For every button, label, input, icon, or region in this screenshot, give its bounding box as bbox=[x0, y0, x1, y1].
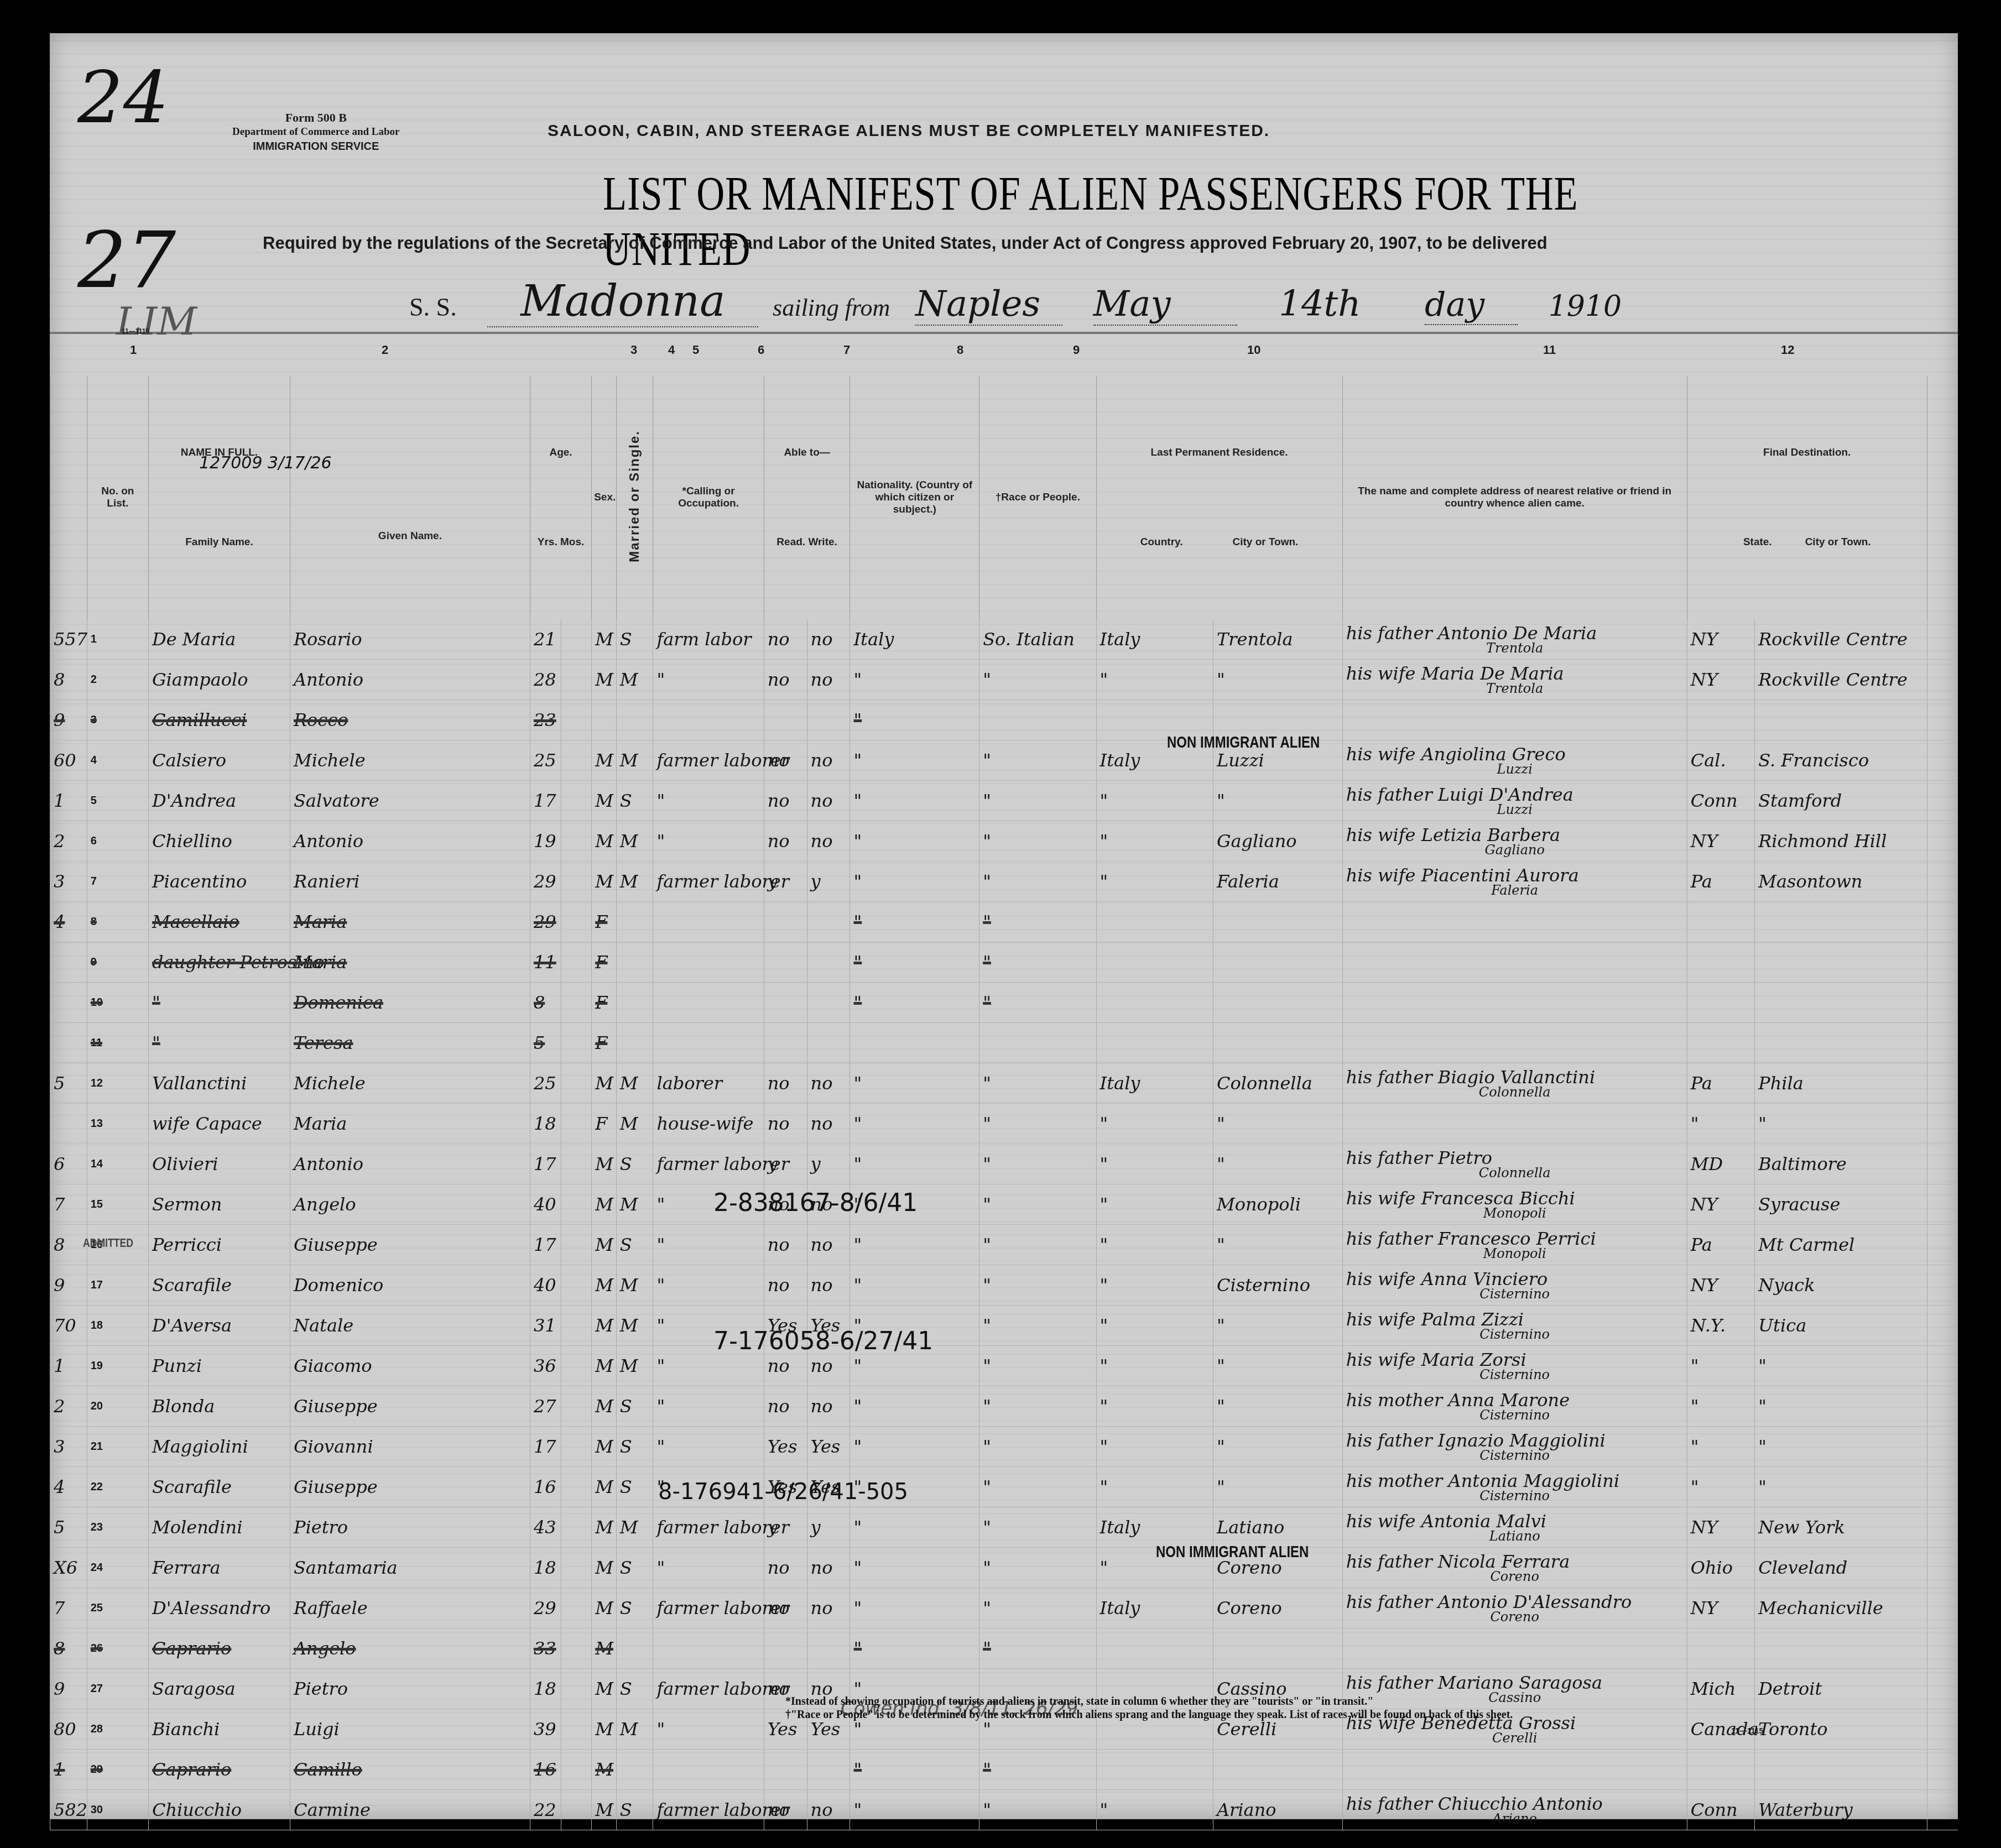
can-write: y bbox=[807, 862, 850, 902]
header-relative: The name and complete address of nearest… bbox=[1342, 376, 1687, 619]
nearest-relative: his father PietroColonnella bbox=[1342, 1144, 1687, 1184]
race: " bbox=[979, 1144, 1096, 1184]
margin-count: 5 bbox=[50, 1507, 87, 1548]
race: " bbox=[979, 1346, 1096, 1386]
marital-status bbox=[616, 1628, 653, 1669]
sex: M bbox=[592, 1548, 617, 1588]
line-number-value: 6 bbox=[91, 835, 97, 847]
margin-count bbox=[50, 983, 87, 1023]
family-name: Bianchi bbox=[149, 1709, 290, 1750]
destination-city: Masontown bbox=[1755, 862, 1927, 902]
race: " bbox=[979, 1184, 1096, 1225]
destination-city-value: " bbox=[1758, 1355, 1766, 1376]
line-number: 2 bbox=[87, 660, 148, 700]
sex-value: M bbox=[595, 1719, 613, 1740]
marital-status bbox=[616, 902, 653, 942]
destination-state: Mich bbox=[1687, 1669, 1754, 1709]
marital-status-value: M bbox=[620, 1719, 638, 1740]
occupation: farmer laborer bbox=[653, 1588, 764, 1628]
age-years: 18 bbox=[530, 1548, 561, 1588]
destination-city: Rockville Centre bbox=[1755, 660, 1927, 700]
table-row: 604CalsieroMichele25MMfarmer laborernono… bbox=[50, 740, 1958, 781]
residence-town: " bbox=[1213, 1346, 1342, 1386]
sex-value: M bbox=[595, 1598, 613, 1619]
age-years-value: 21 bbox=[534, 629, 556, 650]
column-number: 5 bbox=[692, 343, 699, 357]
can-write-value: no bbox=[811, 790, 833, 811]
destination-city: New York bbox=[1755, 1507, 1927, 1548]
given-name-value: Natale bbox=[294, 1315, 353, 1336]
can-write bbox=[807, 700, 850, 740]
residence-country: Italy bbox=[1096, 1588, 1213, 1628]
margin-count: 1 bbox=[50, 1750, 87, 1790]
occupation: house-wife bbox=[653, 1104, 764, 1144]
line-number: 27 bbox=[87, 1669, 148, 1709]
record-annotation: 8-176941-6/26/41-505 bbox=[658, 1479, 908, 1505]
destination-city: Richmond Hill bbox=[1755, 821, 1927, 862]
nearest-relative: his father Ignazio MaggioliniCisternino bbox=[1342, 1427, 1687, 1467]
given-name-value: Michele bbox=[294, 750, 366, 771]
destination-state: NY bbox=[1687, 1265, 1754, 1306]
family-name: Ferrara bbox=[149, 1548, 290, 1588]
margin-count-value: 1 bbox=[54, 1355, 65, 1376]
occupation: farmer laborer bbox=[653, 1669, 764, 1709]
age-months bbox=[561, 902, 592, 942]
table-row: 614OlivieriAntonio17MSfarmer laboreryy""… bbox=[50, 1144, 1958, 1184]
line-number-value: 9 bbox=[91, 956, 97, 968]
can-write: y bbox=[807, 1507, 850, 1548]
can-read-value: no bbox=[768, 1073, 790, 1094]
can-read-value: no bbox=[768, 1275, 790, 1296]
header-able-to-label: Able to— bbox=[767, 447, 848, 459]
margin-count-value: 4 bbox=[54, 911, 65, 932]
destination-city-value: " bbox=[1758, 1113, 1766, 1134]
age-years: 22 bbox=[530, 1790, 561, 1830]
header-married-single-label: Married or Single. bbox=[627, 430, 643, 562]
age-months bbox=[561, 1184, 592, 1225]
margin-count: 557 bbox=[50, 619, 87, 660]
occupation bbox=[653, 1023, 764, 1063]
nearest-relative-value: his father Pietro bbox=[1346, 1147, 1492, 1168]
nearest-relative-value: his father Luigi D'Andrea bbox=[1346, 784, 1573, 805]
given-name: Giacomo bbox=[290, 1346, 530, 1386]
can-read-value: no bbox=[768, 1557, 790, 1578]
race: So. Italian bbox=[979, 619, 1096, 660]
can-read-value: no bbox=[768, 1396, 790, 1417]
age-years-value: 31 bbox=[534, 1315, 556, 1336]
residence-town-value: Gagliano bbox=[1217, 831, 1297, 852]
nationality: " bbox=[850, 1628, 979, 1669]
line-number: 12 bbox=[87, 1063, 148, 1104]
residence-town-value: Colonnella bbox=[1217, 1073, 1312, 1094]
race: " bbox=[979, 1750, 1096, 1790]
line-number-value: 14 bbox=[91, 1158, 103, 1170]
blank bbox=[1927, 983, 1958, 1023]
age-months bbox=[561, 1507, 592, 1548]
header-calling: *Calling or Occupation. bbox=[653, 376, 764, 619]
family-name: Olivieri bbox=[149, 1144, 290, 1184]
destination-city bbox=[1755, 700, 1927, 740]
nationality: " bbox=[850, 660, 979, 700]
family-name: " bbox=[149, 1023, 290, 1063]
given-name-value: Maria bbox=[294, 911, 347, 932]
sex: M bbox=[592, 740, 617, 781]
given-name: Antonio bbox=[290, 660, 530, 700]
margin-count-value: 1 bbox=[54, 1759, 65, 1780]
residence-town: " bbox=[1213, 1427, 1342, 1467]
age-years-value: 28 bbox=[534, 669, 556, 690]
margin-count-value: 3 bbox=[54, 871, 65, 892]
sex-value: M bbox=[595, 750, 613, 771]
can-write-value: no bbox=[811, 831, 833, 852]
given-name-value: Antonio bbox=[294, 831, 363, 852]
blank bbox=[1927, 1548, 1958, 1588]
nationality: " bbox=[850, 1104, 979, 1144]
occupation-value: " bbox=[656, 1234, 665, 1255]
age-years: 16 bbox=[530, 1750, 561, 1790]
nearest-relative: his father Antonio De MariaTrentola bbox=[1342, 619, 1687, 660]
header-family-name: NAME IN FULL.Family Name. bbox=[149, 376, 290, 619]
occupation-value: " bbox=[656, 1355, 665, 1376]
marital-status: S bbox=[616, 1669, 653, 1709]
race-value: " bbox=[983, 1557, 991, 1578]
can-write bbox=[807, 942, 850, 983]
can-write: no bbox=[807, 821, 850, 862]
nationality: " bbox=[850, 1225, 979, 1265]
line-number: 6 bbox=[87, 821, 148, 862]
can-write bbox=[807, 1750, 850, 1790]
age-months bbox=[561, 1144, 592, 1184]
residence-town-value: " bbox=[1217, 1436, 1225, 1457]
can-write-value: no bbox=[811, 1799, 833, 1820]
race-value: " bbox=[983, 952, 991, 973]
given-name: Giuseppe bbox=[290, 1467, 530, 1507]
occupation: " bbox=[653, 821, 764, 862]
occupation: " bbox=[653, 1709, 764, 1750]
age-years-value: 23 bbox=[534, 709, 556, 730]
margin-count-value: 60 bbox=[54, 750, 76, 771]
sex: M bbox=[592, 1184, 617, 1225]
can-read bbox=[764, 1750, 807, 1790]
line-number: 1 bbox=[87, 619, 148, 660]
occupation-value: " bbox=[656, 1275, 665, 1296]
destination-state-value: Pa bbox=[1691, 1234, 1712, 1255]
nationality-value: " bbox=[853, 1719, 862, 1740]
margin-count: 2 bbox=[50, 821, 87, 862]
age-years-value: 29 bbox=[534, 911, 556, 932]
marital-status: S bbox=[616, 1427, 653, 1467]
can-read-value: no bbox=[768, 831, 790, 852]
page-number-lower: 27 bbox=[77, 216, 176, 306]
line-number: 7 bbox=[87, 862, 148, 902]
line-number-value: 28 bbox=[91, 1723, 103, 1735]
age-years: 25 bbox=[530, 1063, 561, 1104]
residence-country-value: " bbox=[1100, 871, 1108, 892]
blank bbox=[1927, 1265, 1958, 1306]
nearest-relative: his wife Maria De MariaTrentola bbox=[1342, 660, 1687, 700]
age-years: 29 bbox=[530, 862, 561, 902]
age-years: 25 bbox=[530, 740, 561, 781]
blank bbox=[1927, 902, 1958, 942]
residence-town: " bbox=[1213, 1144, 1342, 1184]
race: " bbox=[979, 862, 1096, 902]
nearest-relative bbox=[1342, 983, 1687, 1023]
can-write: no bbox=[807, 1104, 850, 1144]
can-read-value: no bbox=[768, 1113, 790, 1134]
age-years: 43 bbox=[530, 1507, 561, 1548]
destination-city-value: Toronto bbox=[1758, 1719, 1827, 1740]
passenger-rows: 5571De MariaRosario21MSfarm labornonoIta… bbox=[50, 619, 1958, 1830]
sex: M bbox=[592, 1386, 617, 1427]
can-write-value: no bbox=[811, 669, 833, 690]
residence-country: " bbox=[1096, 1467, 1213, 1507]
age-months bbox=[561, 821, 592, 862]
destination-state-value: " bbox=[1691, 1436, 1699, 1457]
can-read: no bbox=[764, 1225, 807, 1265]
destination-city-value: Syracuse bbox=[1758, 1194, 1840, 1215]
age-months bbox=[561, 1265, 592, 1306]
nationality: " bbox=[850, 821, 979, 862]
age-years: 23 bbox=[530, 700, 561, 740]
nearest-relative: his wife Angiolina GrecoLuzzi bbox=[1342, 740, 1687, 781]
family-name-value: Perricci bbox=[152, 1234, 222, 1255]
nearest-relative: his mother Anna MaroneCisternino bbox=[1342, 1386, 1687, 1427]
age-years: 17 bbox=[530, 1144, 561, 1184]
line-number: 11 bbox=[87, 1023, 148, 1063]
age-years-value: 16 bbox=[534, 1476, 556, 1497]
form-id-block: Form 500 B Department of Commerce and La… bbox=[232, 111, 400, 154]
given-name-value: Angelo bbox=[294, 1638, 356, 1659]
age-years: 29 bbox=[530, 902, 561, 942]
race: " bbox=[979, 1507, 1096, 1548]
destination-city bbox=[1755, 942, 1927, 983]
footnotes: *Instead of showing occupation of touris… bbox=[785, 1695, 1513, 1721]
page-number-top: 24 bbox=[77, 55, 169, 139]
given-name-value: Maria bbox=[294, 1113, 347, 1134]
can-read: no bbox=[764, 1063, 807, 1104]
marital-status bbox=[616, 700, 653, 740]
line-number: 17 bbox=[87, 1265, 148, 1306]
race-value: " bbox=[983, 1638, 991, 1659]
header-no-on-list: No. on List. bbox=[87, 376, 148, 619]
given-name: Teresa bbox=[290, 1023, 530, 1063]
residence-town-value: " bbox=[1217, 1355, 1225, 1376]
nationality-value: " bbox=[853, 1073, 862, 1094]
given-name-value: Teresa bbox=[294, 1032, 353, 1053]
race: " bbox=[979, 740, 1096, 781]
blank bbox=[1927, 942, 1958, 983]
occupation-value: " bbox=[656, 1436, 665, 1457]
destination-state-value: Pa bbox=[1691, 1073, 1712, 1094]
can-write-value: Yes bbox=[811, 1436, 841, 1457]
race: " bbox=[979, 1628, 1096, 1669]
blank bbox=[1927, 1144, 1958, 1184]
destination-state-value: NY bbox=[1691, 1517, 1718, 1538]
line-number: 24 bbox=[87, 1548, 148, 1588]
age-years-value: 25 bbox=[534, 1073, 556, 1094]
marital-status-value: M bbox=[620, 1113, 638, 1134]
nationality bbox=[850, 1023, 979, 1063]
nationality-value: " bbox=[853, 1598, 862, 1619]
nearest-relative bbox=[1342, 1628, 1687, 1669]
age-years: 17 bbox=[530, 1427, 561, 1467]
age-years: 29 bbox=[530, 1588, 561, 1628]
residence-town: " bbox=[1213, 1467, 1342, 1507]
family-name-value: Caprario bbox=[152, 1759, 231, 1780]
family-name: Caprario bbox=[149, 1750, 290, 1790]
age-months bbox=[561, 1588, 592, 1628]
marital-status: M bbox=[616, 1346, 653, 1386]
header-nationality: Nationality. (Country of which citizen o… bbox=[850, 376, 979, 619]
nationality: Italy bbox=[850, 619, 979, 660]
family-name-value: Giampaolo bbox=[152, 669, 248, 690]
table-row: 523MolendiniPietro43MMfarmer laboreryy""… bbox=[50, 1507, 1958, 1548]
column-number: 10 bbox=[1247, 343, 1260, 357]
race: " bbox=[979, 1790, 1096, 1830]
line-number: 29 bbox=[87, 1750, 148, 1790]
residence-country-value: " bbox=[1100, 1557, 1108, 1578]
header-last-residence-label: Last Permanent Residence. bbox=[1099, 447, 1340, 459]
marital-status-value: S bbox=[620, 1799, 632, 1820]
family-name-value: Blonda bbox=[152, 1396, 215, 1417]
age-months bbox=[561, 1023, 592, 1063]
residence-country-value: " bbox=[1100, 1799, 1108, 1820]
margin-count-value: 8 bbox=[54, 669, 65, 690]
margin-count-value: 3 bbox=[54, 1436, 65, 1457]
residence-country-value: Italy bbox=[1100, 1517, 1140, 1538]
given-name: Carmine bbox=[290, 1790, 530, 1830]
destination-city: " bbox=[1755, 1427, 1927, 1467]
age-months bbox=[561, 942, 592, 983]
sex-value: M bbox=[595, 1355, 613, 1376]
age-years-value: 17 bbox=[534, 1234, 556, 1255]
family-name: Chiucchio bbox=[149, 1790, 290, 1830]
residence-country: " bbox=[1096, 1346, 1213, 1386]
race: " bbox=[979, 1306, 1096, 1346]
family-name: Maggiolini bbox=[149, 1427, 290, 1467]
column-number: 9 bbox=[1073, 343, 1080, 357]
nationality-value: " bbox=[853, 1234, 862, 1255]
column-number: 7 bbox=[843, 343, 850, 357]
margin-count: 9 bbox=[50, 700, 87, 740]
destination-city: " bbox=[1755, 1346, 1927, 1386]
given-name-value: Pietro bbox=[294, 1517, 348, 1538]
blank bbox=[1927, 1023, 1958, 1063]
column-number: 11 bbox=[1543, 343, 1556, 357]
sex-value: M bbox=[595, 1073, 613, 1094]
sex: F bbox=[592, 983, 617, 1023]
given-name: Maria bbox=[290, 942, 530, 983]
can-read-value: Yes bbox=[768, 1719, 798, 1740]
table-row: 15D'AndreaSalvatore17MS"nono""""his fath… bbox=[50, 781, 1958, 821]
line-number-value: 20 bbox=[91, 1400, 103, 1412]
destination-city-value: Mt Carmel bbox=[1758, 1234, 1854, 1255]
sex-value: M bbox=[595, 1476, 613, 1497]
line-number: 3 bbox=[87, 700, 148, 740]
sex-value: M bbox=[595, 1557, 613, 1578]
blank bbox=[1927, 1063, 1958, 1104]
nationality: " bbox=[850, 1386, 979, 1427]
given-name-value: Carmine bbox=[294, 1799, 371, 1820]
nationality-value: " bbox=[853, 1153, 862, 1174]
age-years-value: 17 bbox=[534, 790, 556, 811]
sex: M bbox=[592, 1507, 617, 1548]
given-name: Natale bbox=[290, 1306, 530, 1346]
line-number-value: 5 bbox=[91, 795, 97, 807]
given-name-value: Angelo bbox=[294, 1194, 356, 1215]
header-dest-city: City or Town. bbox=[1805, 536, 1871, 548]
can-read-value: y bbox=[768, 871, 778, 892]
residence-town-value: " bbox=[1217, 1234, 1225, 1255]
occupation-value: " bbox=[656, 831, 665, 852]
residence-country: " bbox=[1096, 1144, 1213, 1184]
can-write: no bbox=[807, 781, 850, 821]
column-number: 1 bbox=[130, 343, 137, 357]
residence-town: Colonnella bbox=[1213, 1063, 1342, 1104]
occupation bbox=[653, 700, 764, 740]
race: " bbox=[979, 1225, 1096, 1265]
given-name: Camillo bbox=[290, 1750, 530, 1790]
given-name-value: Santamaria bbox=[294, 1557, 398, 1578]
destination-city: Syracuse bbox=[1755, 1184, 1927, 1225]
destination-city: Detroit bbox=[1755, 1669, 1927, 1709]
age-months bbox=[561, 1386, 592, 1427]
line-number-value: 2 bbox=[91, 674, 97, 686]
blank bbox=[1927, 1306, 1958, 1346]
blank bbox=[1927, 1750, 1958, 1790]
marital-status: M bbox=[616, 1306, 653, 1346]
occupation: " bbox=[653, 1386, 764, 1427]
marital-status-value: M bbox=[620, 1073, 638, 1094]
margin-count-value: 5 bbox=[54, 1073, 65, 1094]
age-months bbox=[561, 1346, 592, 1386]
marital-status: M bbox=[616, 862, 653, 902]
race: " bbox=[979, 902, 1096, 942]
can-write-value: no bbox=[811, 1396, 833, 1417]
family-name-value: Camillucci bbox=[152, 709, 247, 730]
can-read-value: no bbox=[768, 669, 790, 690]
marital-status: S bbox=[616, 1588, 653, 1628]
race-value: " bbox=[983, 911, 991, 932]
family-name-value: Calsiero bbox=[152, 750, 226, 771]
line-number: 25 bbox=[87, 1588, 148, 1628]
family-name-value: Saragosa bbox=[152, 1678, 236, 1699]
sex: M bbox=[592, 1427, 617, 1467]
table-row: 82GiampaoloAntonio28MM"nono""""his wife … bbox=[50, 660, 1958, 700]
sex-value: M bbox=[595, 1678, 613, 1699]
destination-city: Mt Carmel bbox=[1755, 1225, 1927, 1265]
age-months bbox=[561, 862, 592, 902]
nearest-relative-value: his wife Piacentini Aurora bbox=[1346, 865, 1579, 886]
destination-city-value: Masontown bbox=[1758, 871, 1862, 892]
header-final-destination-label: Final Destination. bbox=[1690, 447, 1925, 459]
given-name: Raffaele bbox=[290, 1588, 530, 1628]
nearest-relative bbox=[1342, 902, 1687, 942]
destination-city: Nyack bbox=[1755, 1265, 1927, 1306]
family-name: Macellaio bbox=[149, 902, 290, 942]
age-years-value: 19 bbox=[534, 831, 556, 852]
family-name-value: Maggiolini bbox=[152, 1436, 248, 1457]
destination-city-value: Phila bbox=[1758, 1073, 1804, 1094]
can-write: no bbox=[807, 1790, 850, 1830]
given-name: Salvatore bbox=[290, 781, 530, 821]
race-value: " bbox=[983, 669, 991, 690]
sex: M bbox=[592, 1750, 617, 1790]
line-number-value: 18 bbox=[91, 1319, 103, 1332]
destination-state: Conn bbox=[1687, 1790, 1754, 1830]
sex: M bbox=[592, 1588, 617, 1628]
marital-status: M bbox=[616, 1507, 653, 1548]
